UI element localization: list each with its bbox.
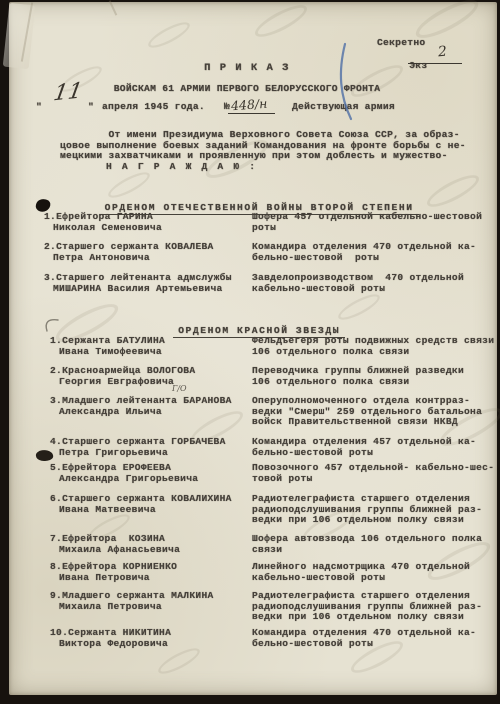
- handwritten-order-number: 448/н: [231, 96, 268, 113]
- section-heading-red-star: ОРДЕНОМ КРАСНОЙ ЗВЕЗДЫ: [0, 315, 494, 336]
- award-declaration: Н А Г Р А Ж Д А Ю :: [106, 162, 257, 173]
- entry-name: Младшего лейтенанта БАРАНОВА Александра …: [59, 395, 232, 417]
- entry-duty: Командира отделения 457 отдельной ка- бе…: [252, 437, 476, 458]
- award-entry: 2.Красноармейца ВОЛОГОВА Георгия Евграфо…: [0, 366, 500, 387]
- entry-duty: Линейного надсмотрщика 470 отдельной каб…: [252, 562, 470, 583]
- award-entry: 5.Ефрейтора ЕРОФЕЕВА Александра Григорье…: [0, 463, 500, 484]
- handwritten-copy-number: 2: [437, 44, 447, 61]
- entry-name: Старшего лейтенанта адмслужбы МИШАРИНА В…: [53, 272, 232, 294]
- entry-number: 3.: [44, 272, 56, 283]
- entry-number: 5.: [50, 462, 62, 473]
- entry-number: 1.: [44, 211, 56, 222]
- award-entry: 7.Ефрейтора КОЗИНА Михаила Афанасьевича …: [0, 534, 500, 555]
- entry-number: 2.: [50, 365, 62, 376]
- entry-number: 1.: [50, 335, 62, 346]
- award-entry: 3.Старшего лейтенанта адмслужбы МИШАРИНА…: [0, 273, 500, 294]
- entry-number: 7.: [50, 533, 62, 544]
- preamble: От имени Президиума Верховного Совета Со…: [60, 130, 466, 162]
- entry-duty: Фельдъегеря роты подвижных средств связи…: [252, 336, 494, 357]
- baranov-annotation: Г/О: [172, 384, 187, 393]
- award-entry: 1.Ефрейтора ГАРИНА Николая Семеновича Шо…: [0, 212, 500, 233]
- award-entry: 10.Сержанта НИКИТИНА Виктора Федоровича …: [0, 628, 500, 649]
- entry-number: 8.: [50, 561, 62, 572]
- entry-duty: Шофера 457 отдельной кабельно-шестовой р…: [252, 212, 482, 233]
- entry-number: 6.: [50, 493, 62, 504]
- entry-number: 2.: [44, 241, 56, 252]
- entry-number: 3.: [50, 395, 62, 406]
- date-month-year: апреля 1945 года.: [102, 102, 205, 113]
- entry-number: 9.: [50, 590, 62, 601]
- entry-name: Ефрейтора КОРНИЕНКО Ивана Петровича: [59, 561, 177, 583]
- entry-duty: Командира отделения 470 отдельной ка- бе…: [252, 628, 476, 649]
- entry-duty: Повозочного 457 отдельной- кабельно-шес-…: [252, 463, 494, 484]
- entry-name: Младшего сержанта МАЛКИНА Михаила Петров…: [59, 590, 214, 612]
- award-entry: 1.Сержанта БАТУЛИНА Ивана Тимофеевича Фе…: [0, 336, 500, 357]
- army-label: Действующая армия: [292, 102, 395, 113]
- entry-name: Сержанта НИКИТИНА Виктора Федоровича: [59, 627, 171, 649]
- entry-name: Ефрейтора ГАРИНА Николая Семеновича: [53, 211, 162, 233]
- classification-stamp: Секретно: [377, 38, 425, 49]
- entry-duty: Радиотелеграфиста старшего отделения рад…: [252, 591, 482, 623]
- entry-duty: Оперуполномоченного отдела контрраз- вед…: [252, 396, 482, 428]
- award-entry: 9.Младшего сержанта МАЛКИНА Михаила Петр…: [0, 591, 500, 612]
- entry-name: Старшего сержанта КОВАЛЕВА Петра Антонов…: [53, 241, 214, 263]
- section-heading-patriotic-war: ОРДЕНОМ ОТЕЧЕСТВЕННОЙ ВОЙНЫ ВТОРОЙ СТЕПЕ…: [0, 192, 494, 213]
- award-entry: 3.Младшего лейтенанта БАРАНОВА Александр…: [0, 396, 500, 417]
- date-open-quote: ": [36, 102, 42, 113]
- handwritten-day: 11: [52, 79, 85, 107]
- entry-name: Ефрейтора ЕРОФЕЕВА Александра Григорьеви…: [59, 462, 198, 484]
- entry-name: Ефрейтора КОЗИНА Михаила Афанасьевича: [59, 533, 180, 555]
- entry-name: Сержанта БАТУЛИНА Ивана Тимофеевича: [59, 335, 165, 357]
- copy-underline: [408, 48, 462, 64]
- entry-name: Старшего сержанта КОВАЛИХИНА Ивана Матве…: [59, 493, 232, 515]
- award-entry: 4.Старшего сержанта ГОРБАЧЕВА Петра Григ…: [0, 437, 500, 458]
- document-photo: Секретно Экз 2 П Р И К А З ВОЙСКАМ 61 АР…: [0, 0, 500, 704]
- award-entry: 2.Старшего сержанта КОВАЛЕВА Петра Антон…: [0, 242, 500, 263]
- entry-duty: Радиотелеграфиста старшего отделения рад…: [252, 494, 482, 526]
- entry-number: 4.: [50, 436, 62, 447]
- entry-duty: Командира отделения 470 отдельной ка- бе…: [252, 242, 476, 263]
- entry-duty: Шофера автовзвода 106 отдельного полка с…: [252, 534, 482, 555]
- award-entry: 6.Старшего сержанта КОВАЛИХИНА Ивана Мат…: [0, 494, 500, 515]
- entry-name: Старшего сержанта ГОРБАЧЕВА Петра Григор…: [59, 436, 226, 458]
- entry-duty: Переводчика группы ближней разведки 106 …: [252, 366, 464, 387]
- award-entry: 8.Ефрейтора КОРНИЕНКО Ивана Петровича Ли…: [0, 562, 500, 583]
- entry-duty: Завделопроизводством 470 отдельной кабел…: [252, 273, 464, 294]
- order-title: П Р И К А З: [0, 63, 494, 74]
- entry-number: 10.: [50, 627, 68, 638]
- date-close-quote: ": [88, 102, 94, 113]
